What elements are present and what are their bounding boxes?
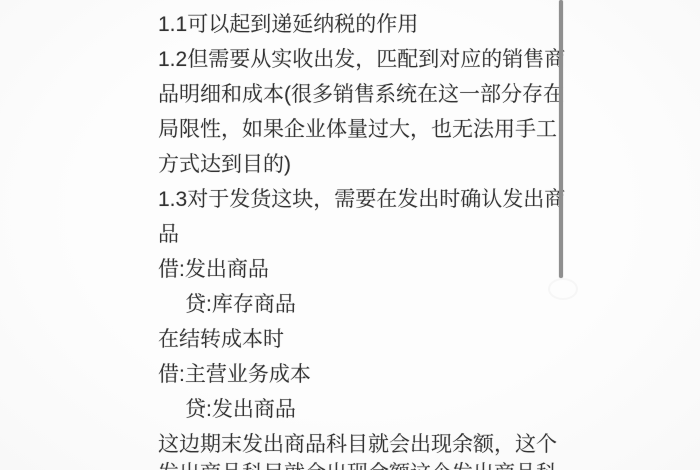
text-line: 局限性，如果企业体量过大，也无法用手工: [158, 112, 560, 147]
text-line: 1.2但需要从实收出发，匹配到对应的销售商: [158, 42, 560, 77]
text-line: 品: [158, 217, 560, 252]
text-line: 在结转成本时: [158, 322, 560, 357]
text-line: 1.3对于发货这块，需要在发出时确认发出商: [158, 182, 560, 217]
scrollbar-thumb[interactable]: [559, 0, 563, 278]
text-line: 方式达到目的): [158, 147, 560, 182]
text-line: 品明细和成本(很多销售系统在这一部分存在: [158, 77, 560, 112]
text-line: 借:主营业务成本: [158, 357, 560, 392]
document-text: 1.1可以起到递延纳税的作用1.2但需要从实收出发，匹配到对应的销售商品明细和成…: [158, 7, 560, 462]
truncated-bottom-line: 发出商品科目就会出现余额这个发出商品科目: [158, 456, 560, 470]
faint-watermark-smudge: [548, 278, 578, 300]
text-line: 借:发出商品: [158, 252, 560, 287]
text-line: 1.1可以起到递延纳税的作用: [158, 7, 560, 42]
text-line: 贷:库存商品: [158, 287, 560, 322]
cutoff-previous-line-artifact: 品明细和成本商品: [152, 0, 342, 5]
text-line: 贷:发出商品: [158, 392, 560, 427]
